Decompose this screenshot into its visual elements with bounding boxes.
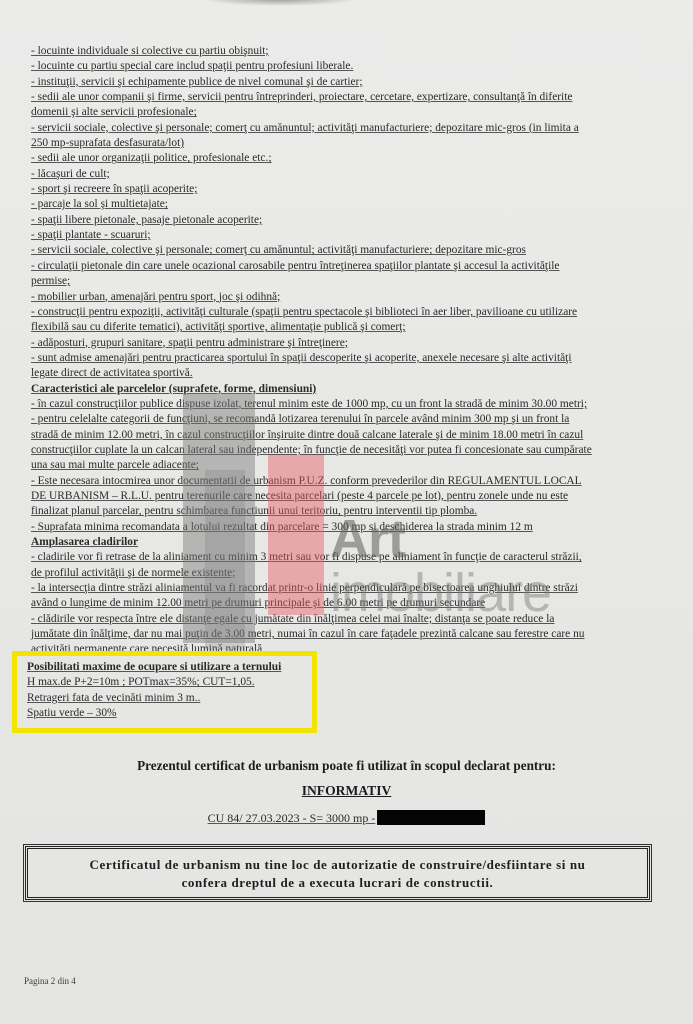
parcel-rule-line: una sau mai multe parcele adiacente; — [31, 458, 636, 473]
placement-rule-line: - cladirile vor fi retrase de la aliniam… — [31, 550, 636, 565]
cu-reference-line: CU 84/ 27.03.2023 - S= 3000 mp - — [0, 810, 693, 826]
permitted-use-line: - instituţii, servicii şi echipamente pu… — [31, 75, 636, 90]
placement-rule-line: de profilul activităţii şi de normele ex… — [31, 566, 636, 581]
parcel-rule-line: - Suprafata minima recomandata a lotului… — [31, 520, 636, 535]
parcel-rule-line: - în cazul construcţiilor publice dispus… — [31, 397, 636, 412]
purpose-statement: Prezentul certificat de urbanism poate f… — [0, 758, 693, 774]
permitted-use-line: - lăcaşuri de cult; — [31, 167, 636, 182]
permitted-use-line: - spaţii plantate - scuaruri; — [31, 228, 636, 243]
permitted-use-line: - circulaţii pietonale din care unele oc… — [31, 259, 636, 274]
permitted-use-line: - sedii ale unor organizaţii politice, p… — [31, 151, 636, 166]
scan-shadow — [200, 0, 360, 6]
uses-list: - locuinte individuale si colective cu p… — [31, 44, 636, 382]
permitted-use-line: domenii şi alte servicii profesionale; — [31, 105, 636, 120]
permitted-use-line: flexibilă sau cu diferite tematici), act… — [31, 320, 636, 335]
document-page: - locuinte individuale si colective cu p… — [0, 0, 693, 1024]
permitted-use-line: - locuinte cu partiu special care includ… — [31, 59, 636, 74]
purpose-value: INFORMATIV — [0, 783, 693, 799]
permitted-use-line: - locuinte individuale si colective cu p… — [31, 44, 636, 59]
cu-reference: CU 84/ 27.03.2023 - S= 3000 mp - — [208, 811, 376, 825]
permitted-use-line: - mobilier urban, amenajări pentru sport… — [31, 290, 636, 305]
permitted-use-line: legate direct de activitatea sportivă. — [31, 366, 636, 381]
document-body: - locuinte individuale si colective cu p… — [31, 44, 636, 658]
redaction-bar — [377, 810, 485, 825]
parcel-rule-line: finalizat planul parcelar, pentru schimb… — [31, 504, 636, 519]
notice-line: Certificatul de urbanism nu tine loc de … — [28, 856, 647, 874]
parcel-section: - în cazul construcţiilor publice dispus… — [31, 397, 636, 535]
page-number: Pagina 2 din 4 — [24, 976, 76, 986]
parcel-rule-line: - Este necesara intocmirea unor document… — [31, 474, 636, 489]
legal-notice-box: Certificatul de urbanism nu tine loc de … — [25, 846, 650, 900]
highlighted-limits-box: Posibilitati maxime de ocupare si utiliz… — [12, 651, 317, 733]
permitted-use-line: - parcaje la sol şi multietajate; — [31, 197, 636, 212]
limits-line: Spatiu verde – 30% — [27, 706, 281, 721]
permitted-use-line: - spaţii libere pietonale, pasaje pieton… — [31, 213, 636, 228]
parcel-heading: Caracteristici ale parcelelor (suprafete… — [31, 382, 636, 397]
parcel-rule-line: stradă de minim 12.00 metri, în cazul co… — [31, 428, 636, 443]
placement-rule-line: jumătate din înălţime, dar nu mai puţin … — [31, 627, 636, 642]
permitted-use-line: 250 mp-suprafata desfasurata/lot) — [31, 136, 636, 151]
placement-rule-line: având o lungime de minim 12.00 metri pe … — [31, 596, 636, 611]
permitted-use-line: - sport şi recreere în spaţii acoperite; — [31, 182, 636, 197]
permitted-use-line: - servicii sociale, colective şi persona… — [31, 121, 636, 136]
permitted-use-line: permise; — [31, 274, 636, 289]
parcel-rule-line: construcţiilor cuplate la un calcan late… — [31, 443, 636, 458]
parcel-rule-line: - pentru celelalte categorii de funcţiun… — [31, 412, 636, 427]
permitted-use-line: - construcţii pentru expoziţii, activită… — [31, 305, 636, 320]
placement-heading: Amplasarea cladirilor — [31, 535, 636, 550]
limits-heading: Posibilitati maxime de ocupare si utiliz… — [27, 660, 281, 675]
placement-rule-line: - la intersecţia dintre străzi aliniamen… — [31, 581, 636, 596]
placement-section: - cladirile vor fi retrase de la aliniam… — [31, 550, 636, 657]
limits-line: Retrageri fata de vecinăti minim 3 m.. — [27, 691, 281, 706]
notice-line: confera dreptul de a executa lucrari de … — [28, 874, 647, 892]
permitted-use-line: - sunt admise amenajări pentru practicar… — [31, 351, 636, 366]
permitted-use-line: - servicii sociale, colective şi persona… — [31, 243, 636, 258]
permitted-use-line: - sedii ale unor companii şi firme, serv… — [31, 90, 636, 105]
permitted-use-line: - adăposturi, grupuri sanitare, spaţii p… — [31, 336, 636, 351]
limits-line: H max.de P+2=10m ; POTmax=35%; CUT=1,05. — [27, 675, 281, 690]
parcel-rule-line: DE URBANISM – R.L.U. pentru terenurile c… — [31, 489, 636, 504]
placement-rule-line: - clădirile vor respecta între ele dista… — [31, 612, 636, 627]
